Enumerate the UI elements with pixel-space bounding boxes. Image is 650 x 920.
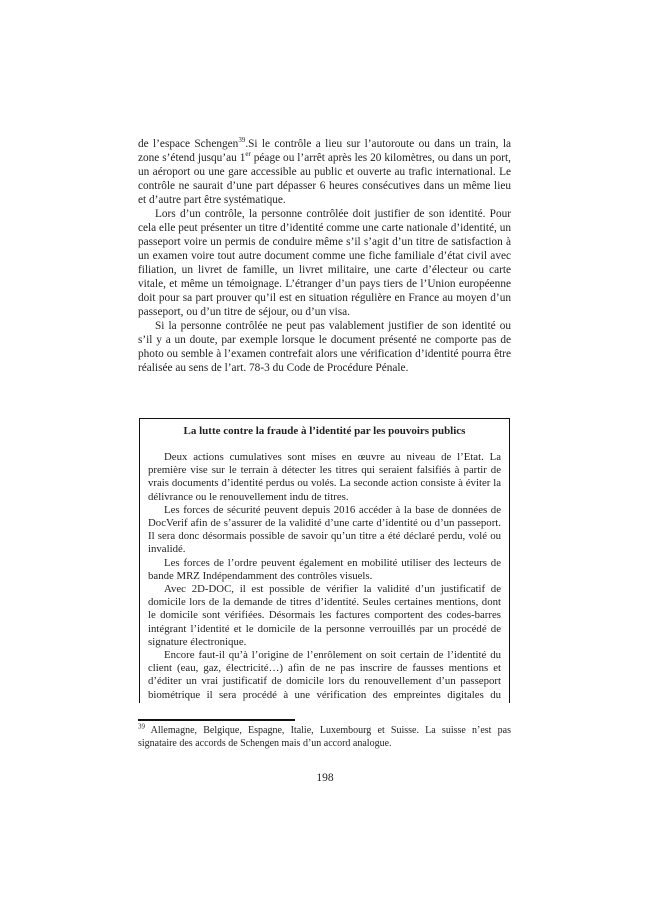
page-number: 198: [0, 771, 650, 785]
footnote: 39 Allemagne, Belgique, Espagne, Italie,…: [138, 724, 511, 750]
footnote-number: 39: [138, 723, 145, 731]
fraud-box-paragraph: Avec 2D-DOC, il est possible de vérifier…: [148, 583, 501, 649]
fraud-box-paragraph: Les forces de sécurité peuvent depuis 20…: [148, 504, 501, 557]
body-text: de l’espace Schengen39.Si le contrôle a …: [138, 137, 511, 375]
paragraph-identity-justification: Lors d’un contrôle, la personne contrôlé…: [138, 207, 511, 319]
fraud-box-paragraph: Encore faut-il qu’à l’origine de l’enrôl…: [148, 649, 501, 703]
fraud-box-paragraph: Deux actions cumulatives sont mises en œ…: [148, 451, 501, 504]
document-page: de l’espace Schengen39.Si le contrôle a …: [0, 0, 650, 920]
p1-segment-1: de l’espace Schengen: [138, 138, 238, 150]
footnote-separator-rule: [138, 719, 295, 721]
fraud-box-title: La lutte contre la fraude à l’identité p…: [148, 424, 501, 438]
paragraph-schengen-control: de l’espace Schengen39.Si le contrôle a …: [138, 137, 511, 207]
fraud-fight-box: La lutte contre la fraude à l’identité p…: [139, 418, 510, 703]
paragraph-identity-verification: Si la personne contrôlée ne peut pas val…: [138, 319, 511, 375]
footnote-text: Allemagne, Belgique, Espagne, Italie, Lu…: [138, 725, 511, 749]
fraud-box-paragraph: Les forces de l’ordre peuvent également …: [148, 557, 501, 583]
